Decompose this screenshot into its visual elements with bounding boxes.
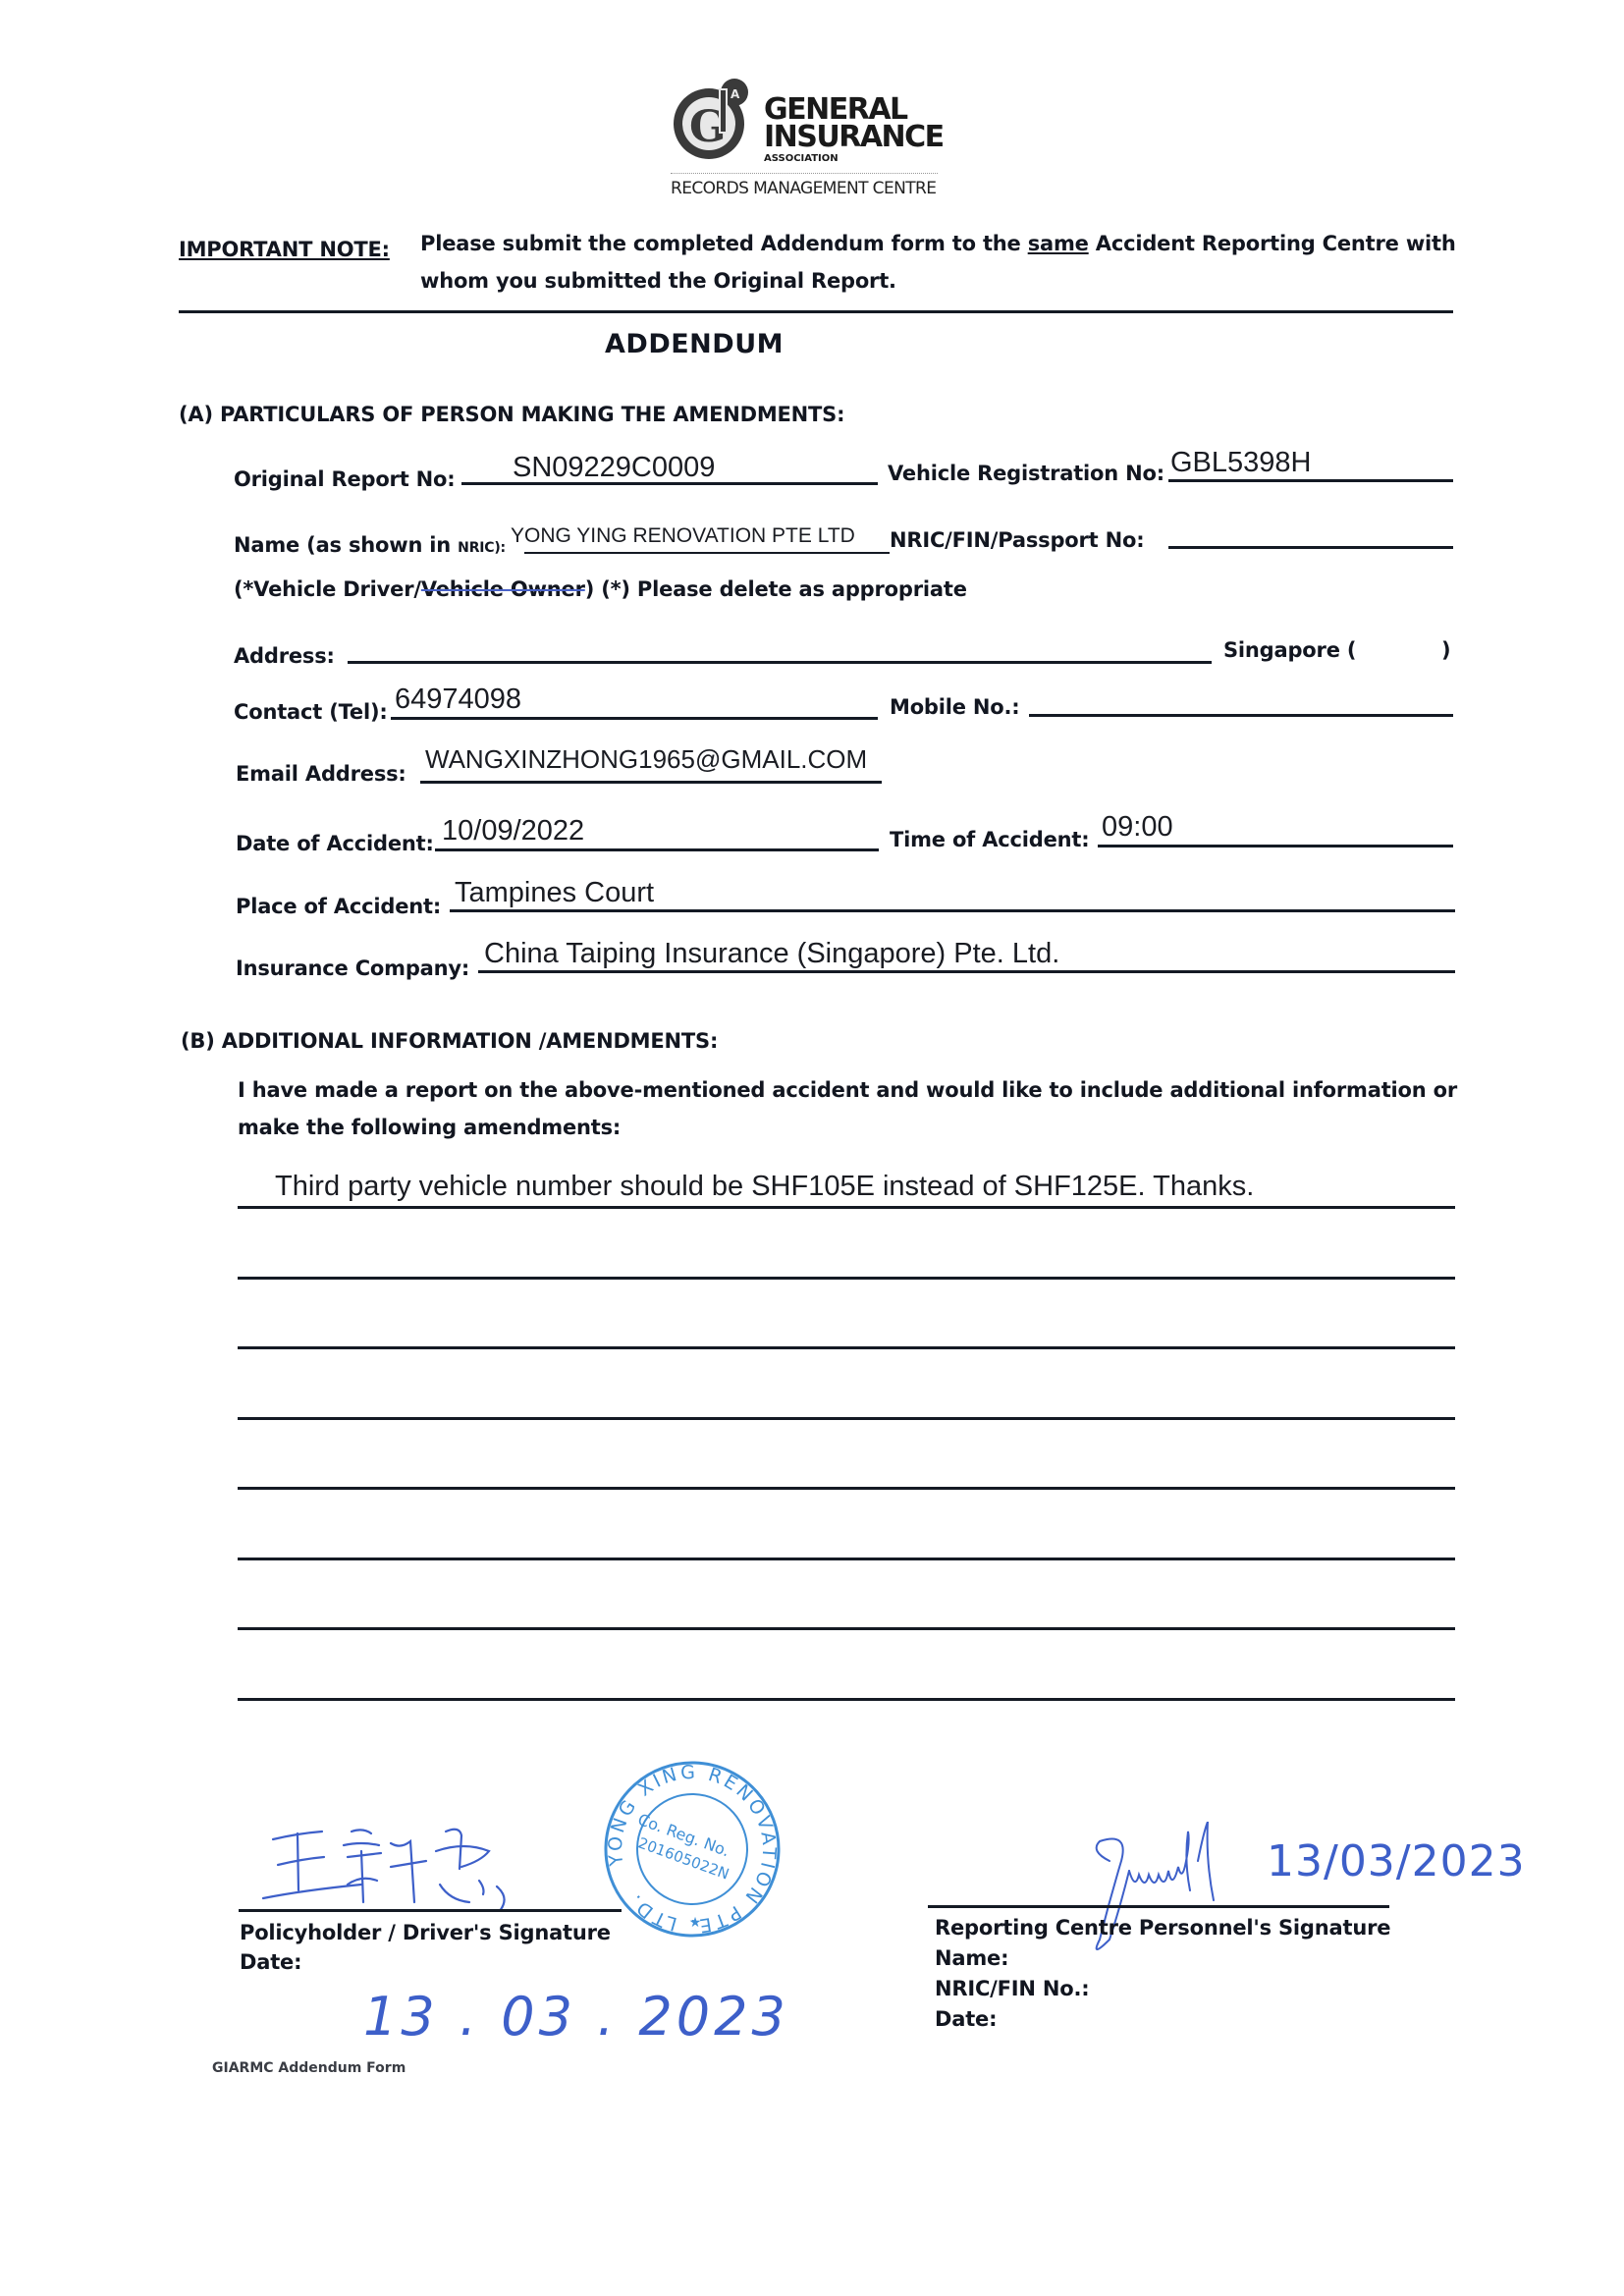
- note-text-after: Accident Reporting Centre with: [1089, 232, 1456, 255]
- original-report-line: [461, 482, 878, 485]
- amendment-rule: [238, 1277, 1455, 1280]
- insurer-label: Insurance Company:: [236, 957, 469, 980]
- accident-place-label: Place of Accident:: [236, 895, 441, 918]
- accident-date-value[interactable]: 10/09/2022: [442, 815, 584, 847]
- contact-line: [391, 717, 878, 720]
- vehicle-reg-line: [1168, 479, 1453, 482]
- singapore-label: Singapore (: [1223, 638, 1356, 662]
- personnel-date-label: Date:: [935, 2007, 997, 2031]
- amendment-rule: [238, 1206, 1455, 1209]
- policyholder-signature-label: Policyholder / Driver's Signature: [240, 1921, 611, 1944]
- role-note: ) (*) Please delete as appropriate: [585, 577, 967, 601]
- email-label: Email Address:: [236, 762, 406, 786]
- personnel-signature-line: [928, 1905, 1389, 1908]
- personnel-name-label: Name:: [935, 1946, 1008, 1970]
- gi-monogram-icon: G A: [670, 75, 756, 161]
- amendment-rule: [238, 1417, 1455, 1420]
- logo-line-insurance: INSURANCE: [764, 123, 944, 152]
- role-driver[interactable]: (*Vehicle Driver/: [234, 577, 421, 601]
- section-b-heading: (B) ADDITIONAL INFORMATION /AMENDMENTS:: [181, 1029, 718, 1053]
- contact-label: Contact (Tel):: [234, 700, 388, 724]
- policyholder-signature-line: [239, 1909, 622, 1912]
- accident-date-line: [435, 848, 879, 851]
- email-line: [420, 781, 882, 784]
- singapore-close: ): [1441, 638, 1450, 662]
- original-report-value[interactable]: SN09229C0009: [513, 452, 715, 484]
- note-text-same: same: [1028, 232, 1089, 255]
- insurer-line: [478, 970, 1455, 973]
- page-title: ADDENDUM: [0, 329, 1388, 359]
- accident-place-value[interactable]: Tampines Court: [455, 877, 654, 909]
- accident-time-value[interactable]: 09:00: [1102, 811, 1173, 844]
- accident-time-line: [1098, 845, 1453, 847]
- amendment-rule: [238, 1487, 1455, 1490]
- insurer-value[interactable]: China Taiping Insurance (Singapore) Pte.…: [484, 938, 1059, 970]
- form-footer: GIARMC Addendum Form: [212, 2060, 406, 2076]
- amendment-rule: [238, 1558, 1455, 1560]
- svg-text:A: A: [731, 87, 740, 101]
- email-value[interactable]: WANGXINZHONG1965@GMAIL.COM: [425, 744, 867, 775]
- company-stamp: YONG XING RENOVATION PTE. LTD. Co. Reg. …: [601, 1758, 784, 1941]
- name-label-nric: NRIC):: [458, 540, 506, 556]
- contact-value[interactable]: 64974098: [395, 683, 521, 716]
- logo-line-association: ASSOCIATION: [764, 154, 944, 164]
- stamp-outer-text: YONG XING RENOVATION PTE. LTD.: [601, 1758, 784, 1941]
- personnel-date-ink: 13/03/2023: [1267, 1836, 1526, 1886]
- mobile-line: [1029, 714, 1453, 717]
- role-selection: (*Vehicle Driver/Vehicle Owner) (*) Plea…: [234, 577, 967, 601]
- note-text-line2: whom you submitted the Original Report.: [420, 269, 896, 293]
- nric-line: [1168, 546, 1453, 549]
- section-a-heading: (A) PARTICULARS OF PERSON MAKING THE AME…: [179, 403, 844, 426]
- logo-divider: [671, 173, 938, 174]
- accident-place-line: [450, 909, 1455, 912]
- important-note-text: Please submit the completed Addendum for…: [420, 225, 1456, 300]
- amendment-rule: [238, 1698, 1455, 1701]
- name-label-text: Name (as shown in: [234, 533, 458, 557]
- name-value[interactable]: YONG YING RENOVATION PTE LTD: [511, 524, 855, 548]
- stamp-star-icon: ★: [689, 1915, 702, 1931]
- note-text-before: Please submit the completed Addendum for…: [420, 232, 1028, 255]
- mobile-label: Mobile No.:: [890, 695, 1020, 719]
- vehicle-reg-value[interactable]: GBL5398H: [1170, 447, 1312, 479]
- amendment-text[interactable]: Third party vehicle number should be SHF…: [275, 1171, 1254, 1203]
- name-line: [524, 552, 890, 554]
- policyholder-signature: [253, 1822, 528, 1910]
- section-b-intro-line2: make the following amendments:: [238, 1116, 621, 1139]
- amendment-rule: [238, 1627, 1455, 1630]
- name-label: Name (as shown in NRIC):: [234, 533, 506, 557]
- nric-label: NRIC/FIN/Passport No:: [890, 528, 1144, 552]
- personnel-signature-label: Reporting Centre Personnel's Signature: [935, 1916, 1390, 1940]
- personnel-nric-label: NRIC/FIN No.:: [935, 1977, 1089, 2000]
- logo-subtitle: RECORDS MANAGEMENT CENTRE: [671, 179, 936, 198]
- important-note-label: IMPORTANT NOTE:: [179, 238, 390, 261]
- header-divider: [179, 310, 1453, 313]
- accident-time-label: Time of Accident:: [890, 828, 1089, 851]
- svg-text:YONG XING RENOVATION PTE. LTD.: YONG XING RENOVATION PTE. LTD.: [601, 1758, 784, 1941]
- accident-date-label: Date of Accident:: [236, 832, 434, 855]
- section-b-intro-line1: I have made a report on the above-mentio…: [238, 1078, 1457, 1102]
- amendment-rule: [238, 1346, 1455, 1349]
- address-label: Address:: [234, 644, 335, 668]
- original-report-label: Original Report No:: [234, 467, 455, 491]
- vehicle-reg-label: Vehicle Registration No:: [888, 462, 1164, 485]
- policyholder-date-label: Date:: [240, 1950, 301, 1974]
- policyholder-date-value: 13 . 03 . 2023: [363, 1986, 789, 2048]
- role-owner-struck[interactable]: Vehicle Owner: [421, 577, 585, 601]
- address-line: [348, 661, 1212, 664]
